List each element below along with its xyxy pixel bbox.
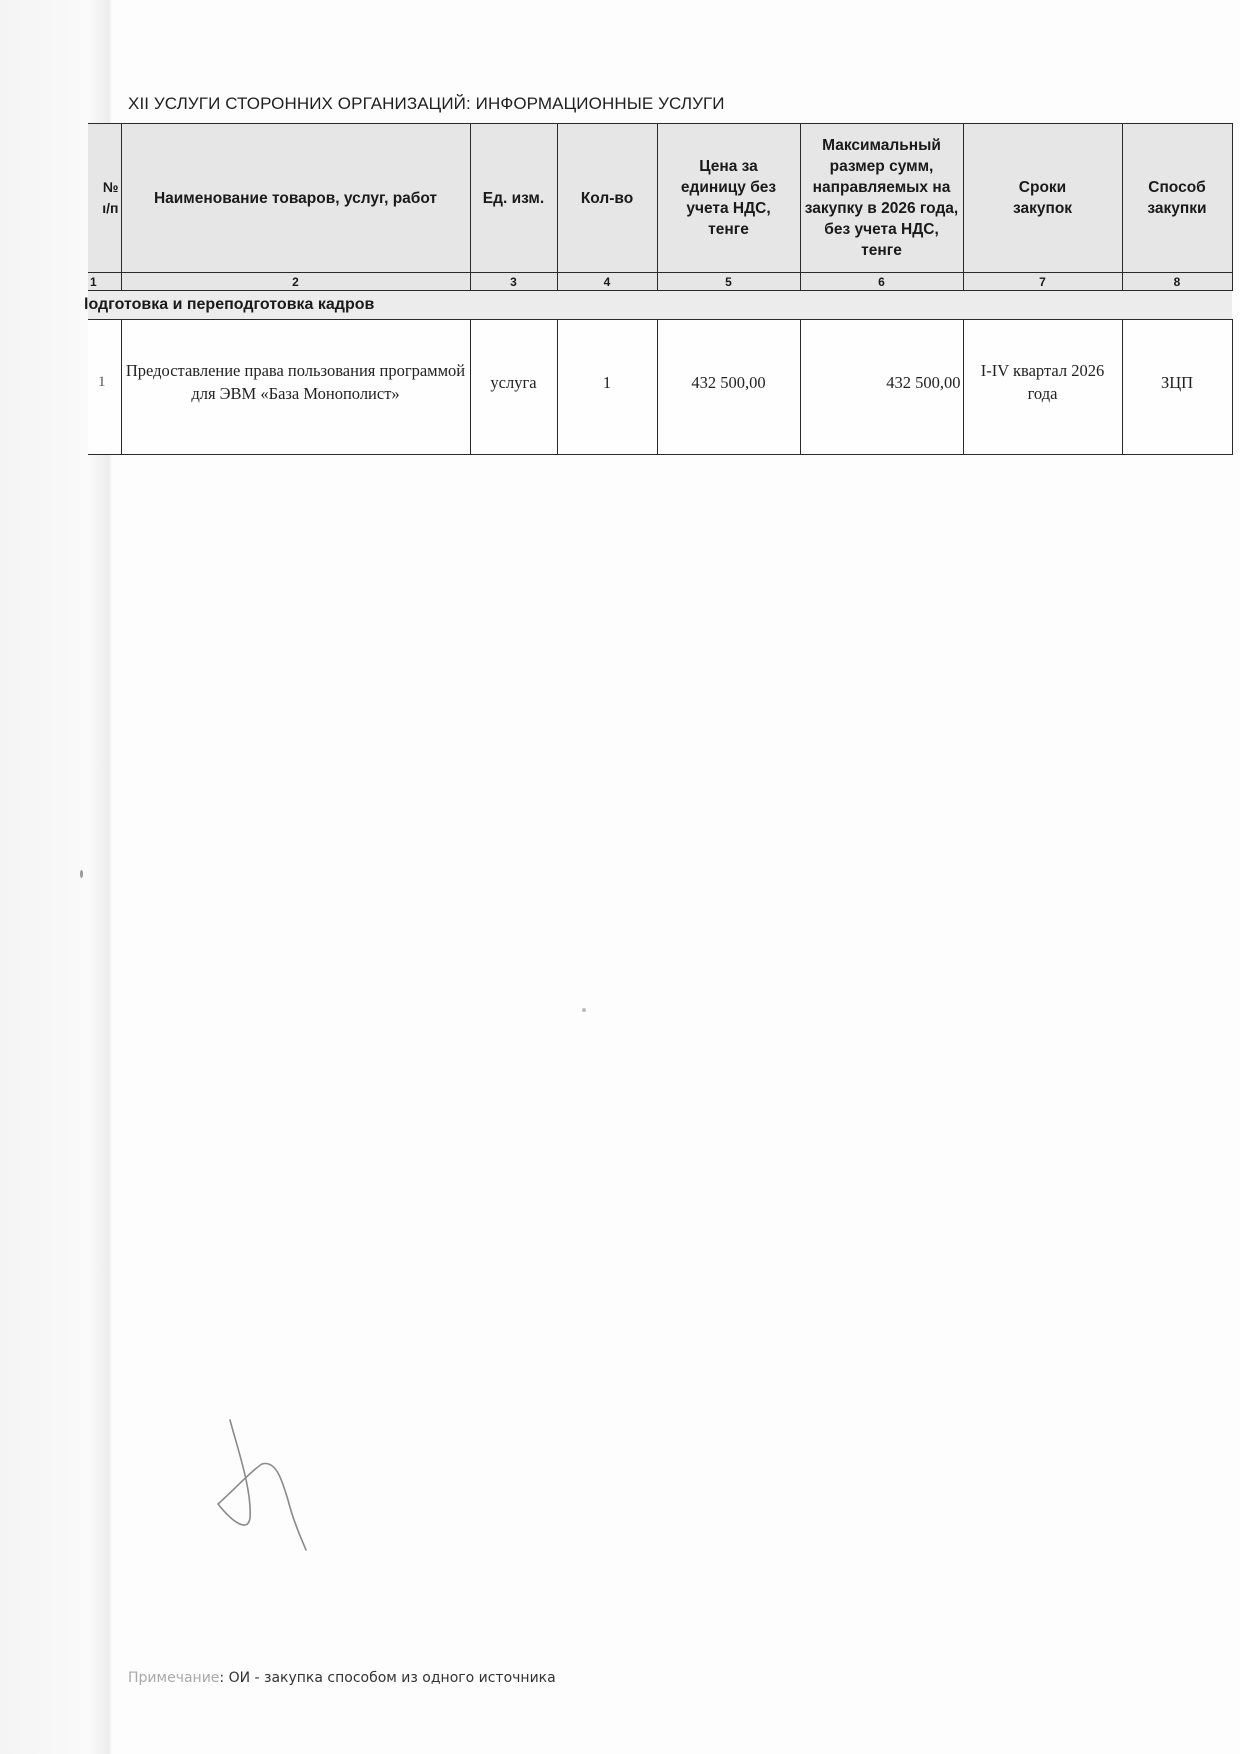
column-number: 1 <box>88 273 121 291</box>
column-number: 6 <box>800 273 963 291</box>
header-method: Способ закупки <box>1122 124 1232 273</box>
column-numbers-row: 1 2 3 4 5 6 7 8 <box>88 273 1232 291</box>
header-unit: Ед. изм. <box>470 124 557 273</box>
header-name: Наименование товаров, услуг, работ <box>121 124 470 273</box>
cell-method: ЗЦП <box>1122 320 1232 455</box>
scan-speck <box>582 1008 586 1012</box>
section-title: XII УСЛУГИ СТОРОННИХ ОРГАНИЗАЦИЙ: ИНФОРМ… <box>128 94 725 114</box>
scan-speck <box>80 870 83 878</box>
cell-max-amount: 432 500,00 <box>800 320 963 455</box>
column-number: 2 <box>121 273 470 291</box>
column-number: 5 <box>657 273 800 291</box>
cell-quantity: 1 <box>557 320 657 455</box>
column-number: 3 <box>470 273 557 291</box>
header-quantity: Кол-во <box>557 124 657 273</box>
column-number: 4 <box>557 273 657 291</box>
column-number: 8 <box>1122 273 1232 291</box>
signature-icon <box>190 1400 330 1560</box>
column-number: 7 <box>963 273 1122 291</box>
table-header-row: №ı/п Наименование товаров, услуг, работ … <box>88 124 1232 273</box>
group-row: lодготовка и переподготовка кадров <box>88 291 1232 320</box>
cell-number: 1 <box>88 320 121 455</box>
cell-name: Предоставление права пользования програм… <box>121 320 470 455</box>
header-unit-price: Цена за единицу без учета НДС, тенге <box>657 124 800 273</box>
procurement-table: №ı/п Наименование товаров, услуг, работ … <box>88 123 1233 455</box>
cell-unit: услуга <box>470 320 557 455</box>
header-number: №ı/п <box>88 124 121 273</box>
group-label: lодготовка и переподготовка кадров <box>88 291 1232 320</box>
footnote: Примечание: ОИ - закупка способом из одн… <box>128 1670 556 1686</box>
cell-unit-price: 432 500,00 <box>657 320 800 455</box>
header-period: Сроки закупок <box>963 124 1122 273</box>
header-max-amount: Максимальный размер сумм, направляемых н… <box>800 124 963 273</box>
table-row: 1 Предоставление права пользования прогр… <box>88 320 1232 455</box>
cell-period: I-IV квартал 2026 года <box>963 320 1122 455</box>
